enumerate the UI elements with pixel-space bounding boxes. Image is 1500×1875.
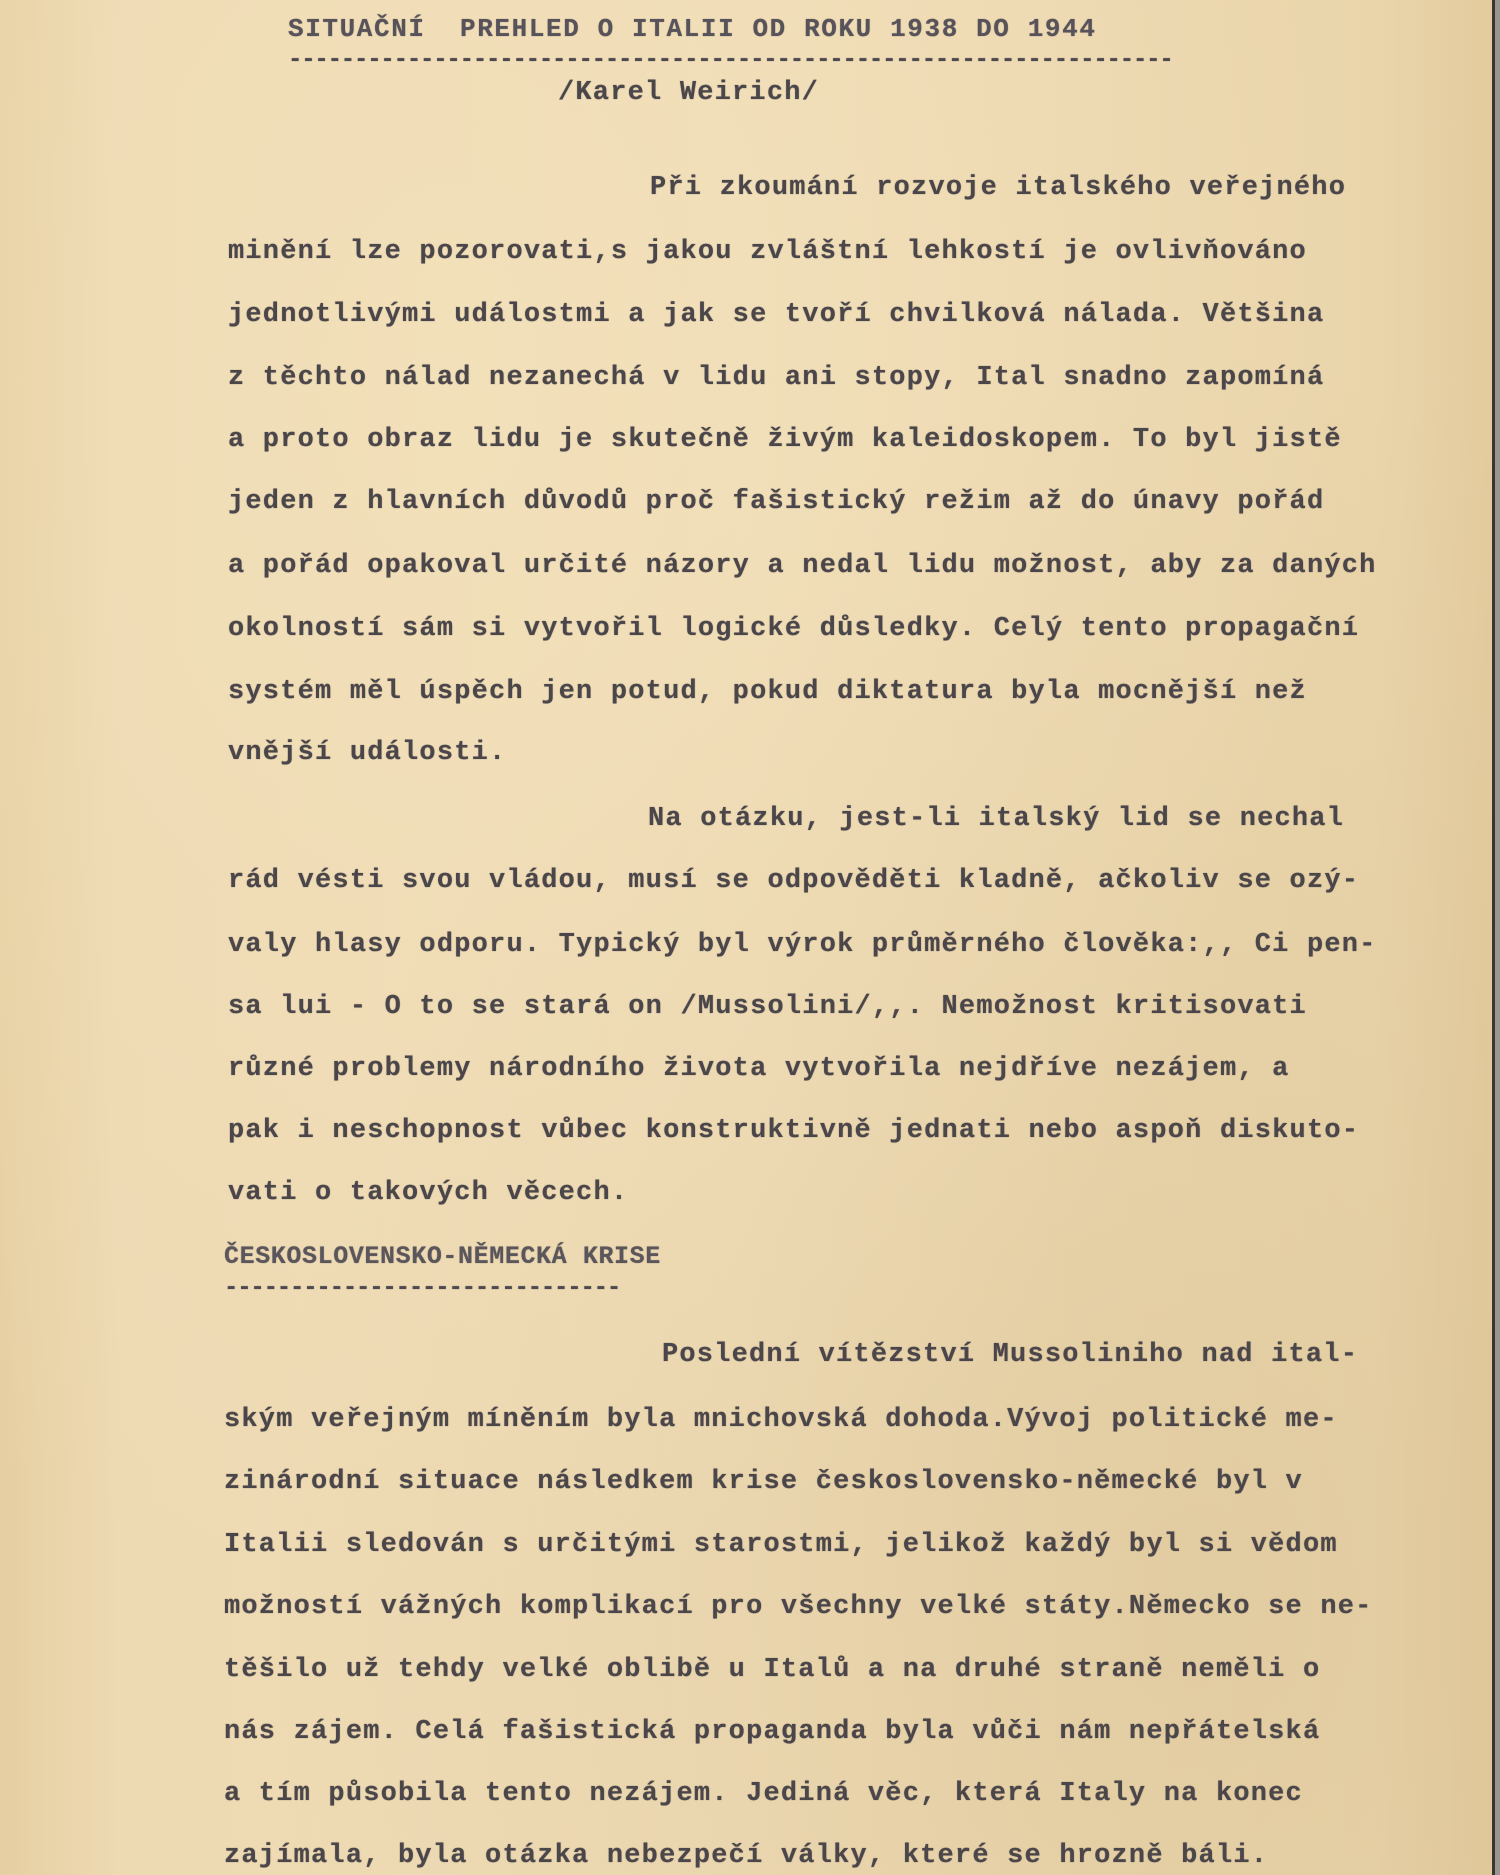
text-line: rád vésti svou vládou, musí se odpovědět… [228, 864, 1359, 898]
text-line: a proto obraz lidu je skutečně živým kal… [228, 423, 1342, 457]
text-line: Italii sledován s určitými starostmi, je… [224, 1528, 1338, 1562]
text-line: Poslední vítězství Mussoliniho nad ital- [662, 1338, 1358, 1372]
text-line: různé problemy národního života vytvořil… [228, 1052, 1290, 1086]
text-line: nás zájem. Celá fašistická propaganda by… [224, 1715, 1320, 1749]
text-line: a pořád opakoval určité názory a nedal l… [228, 549, 1377, 583]
text-line: jeden z hlavních důvodů proč fašistický … [228, 485, 1324, 519]
text-line: možností vážných komplikací pro všechny … [224, 1590, 1373, 1624]
text-line: okolností sám si vytvořil logické důsled… [228, 612, 1359, 646]
text-line: zajímala, byla otázka nebezpečí války, k… [224, 1839, 1268, 1873]
text-line: pak i neschopnost vůbec konstruktivně je… [228, 1114, 1359, 1148]
text-line: zinárodní situace následkem krise českos… [224, 1465, 1303, 1499]
section-heading-underline: ------------------------------ [224, 1272, 620, 1306]
text-line: sa lui - O to se stará on /Mussolini/,,.… [228, 990, 1307, 1024]
text-line: jednotlivými událostmi a jak se tvoří ch… [228, 298, 1324, 332]
text-line: Na otázku, jest-li italský lid se nechal [648, 802, 1344, 836]
title-underline: ----------------------------------------… [288, 44, 1173, 78]
text-line: ským veřejným míněním byla mnichovská do… [224, 1403, 1338, 1437]
text-line: těšilo už tehdy velké oblibě u Italů a n… [224, 1653, 1320, 1687]
text-line: z těchto nálad nezanechá v lidu ani stop… [228, 361, 1324, 395]
text-line: Při zkoumání rozvoje italského veřejného [650, 171, 1346, 205]
text-line: minění lze pozorovati,s jakou zvláštní l… [228, 235, 1307, 269]
text-line: a tím působila tento nezájem. Jediná věc… [224, 1777, 1303, 1811]
author-line: /Karel Weirich/ [558, 76, 819, 110]
text-line: valy hlasy odporu. Typický byl výrok prů… [228, 928, 1377, 962]
text-line: systém měl úspěch jen potud, pokud dikta… [228, 675, 1307, 709]
text-line: vati o takových věcech. [228, 1176, 628, 1210]
text-line: vnější události. [228, 736, 506, 770]
scanner-margin [1495, 0, 1500, 1875]
section-heading: ČESKOSLOVENSKO-NĚMECKÁ KRISE [224, 1240, 661, 1274]
document-title: SITUAČNÍ PREHLED O ITALII OD ROKU 1938 D… [288, 12, 1097, 46]
